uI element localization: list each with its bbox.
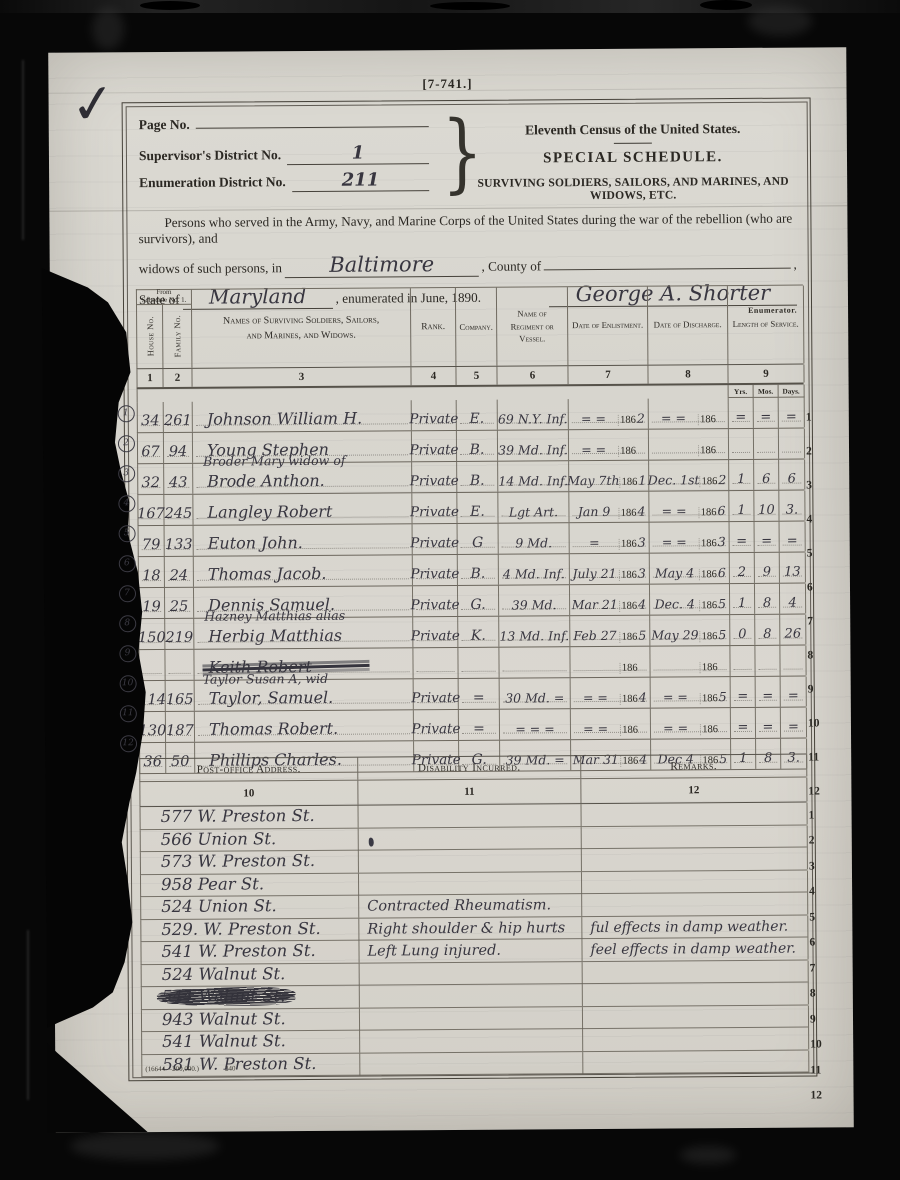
printed-year: 186 (618, 415, 637, 426)
enlistment-handwriting: = = (569, 411, 618, 426)
enlistment-cell: May 7th1861 (569, 461, 649, 492)
discharge-handwriting: May 29 (650, 627, 699, 642)
address-cell: 566 Union St. (141, 828, 359, 852)
family-no-cell (165, 650, 194, 680)
right-row-number: 2 (809, 834, 815, 846)
discharge-cell: May 41866 (650, 553, 730, 584)
col-header-enlistment: Date of Enlistment. (568, 287, 649, 366)
schedule-subtitle: SURVIVING SOLDIERS, SAILORS, AND MARINES… (468, 175, 798, 203)
months-cell: 6 (754, 460, 779, 490)
discharge-handwriting: = = (651, 720, 700, 735)
address-text: 541 Walnut St. (162, 1031, 286, 1051)
right-row-number-slot: 4 (809, 876, 829, 902)
discharge-cell: 186 (649, 429, 729, 460)
disability-cell: Right shoulder & hip hurts (359, 917, 582, 941)
printed-year: 186 (618, 446, 637, 457)
col-num-4: 4 (411, 367, 456, 385)
right-row-number: 11 (808, 751, 819, 763)
address-text: 566 Union St. (161, 829, 277, 849)
right-row-number: 3 (809, 860, 815, 872)
right-row-number: 4 (806, 513, 812, 525)
company-cell: B. (457, 431, 498, 461)
right-row-number: 5 (807, 547, 813, 559)
address-text: 943 Walnut St. (162, 1009, 286, 1029)
address-cell: 524 Walnut St. (142, 963, 360, 987)
name-cell: Keith RobertTaylor Susan A, wid (194, 648, 413, 680)
address-cell: 573 W. Preston St. (141, 851, 359, 875)
days-cell: 4 (780, 584, 806, 614)
printed-year: 186 (620, 725, 639, 736)
discharge-handwriting: = = (649, 503, 698, 518)
disability-text: Right shoulder & hip hurts (367, 920, 565, 937)
company-cell: B. (457, 462, 498, 492)
right-row-number-slot: 10 (808, 699, 828, 733)
regiment-cell: 4 Md. Inf. (499, 554, 570, 584)
enumeration-district-label: Enumeration District No. (139, 174, 286, 191)
film-blotch (140, 1, 200, 10)
col-num-8: 8 (648, 365, 728, 384)
days-cell (780, 646, 806, 676)
months-cell: = (754, 398, 779, 428)
right-row-number-slot: 12 (810, 1080, 830, 1106)
regiment-cell (499, 647, 570, 677)
company-cell: = (459, 710, 500, 740)
company-cell: G (458, 524, 499, 554)
family-no-cell: 245 (164, 495, 193, 525)
remarks-text: feel effects in damp weather. (590, 941, 795, 958)
years-cell: 1 (730, 584, 755, 614)
years-cell: 1 (729, 491, 754, 521)
discharge-year-digit: 6 (718, 565, 727, 580)
regiment-cell: 13 Md. Inf. (499, 616, 570, 646)
left-row-number-slot: 1 (117, 398, 135, 428)
family-no-cell: 165 (166, 681, 195, 711)
address-table-body: 577 W. Preston St.566 Union St.573 W. Pr… (140, 803, 809, 1078)
right-row-number: 10 (808, 717, 820, 729)
right-row-number: 4 (809, 885, 815, 897)
discharge-year-digit: 2 (718, 472, 726, 487)
table-row: 79133Euton John.PrivateG9 Md.=1863= =186… (138, 522, 805, 558)
regiment-cell: Lgt Art. (498, 492, 569, 522)
form-number: [7-741.] (48, 73, 846, 95)
address-text: 544 Walnut St. (162, 986, 286, 1006)
left-row-number: 1 (117, 405, 134, 422)
disability-cell (359, 872, 582, 896)
left-row-number-slot: 7 (118, 578, 136, 608)
name-cell: Langley Robert (193, 493, 412, 525)
regiment-cell: 9 Md. (499, 523, 570, 553)
enlistment-handwriting: July 21 (570, 566, 619, 581)
schedule-titles: Eleventh Census of the United States. SP… (468, 121, 799, 203)
right-row-number-slot: 8 (807, 631, 827, 665)
days-cell: 13 (780, 553, 806, 583)
right-row-number-slot: 12 (808, 767, 828, 801)
col-header-disability: Disability Incurred. (358, 756, 581, 780)
col-num-12: 12 (581, 778, 807, 804)
discharge-cell: Dec. 1st1862 (649, 460, 729, 491)
right-row-number-slot: 4 (806, 495, 826, 529)
name-above: Broder Mary widow of (203, 453, 345, 469)
right-row-number: 6 (809, 936, 815, 948)
remarks-cell: feel effects in damp weather. (582, 938, 808, 962)
printed-year: 186 (700, 693, 719, 704)
left-row-number-slot: 3 (117, 458, 135, 488)
years-cell: = (731, 677, 756, 707)
address-cell: 541 W. Preston St. (141, 941, 359, 965)
name-text: Thomas Robert. (209, 719, 338, 739)
scanned-census-photo: ✓ [7-741.] Page No. Supervisor's Distric… (0, 0, 900, 1180)
remarks-cell (582, 825, 808, 849)
left-row-number-slot: 11 (119, 698, 137, 728)
years-cell: 1 (729, 460, 754, 490)
left-row-number: 10 (119, 675, 136, 692)
enlistment-year-digit: 1 (638, 473, 646, 488)
discharge-cell: = =1863 (650, 522, 730, 553)
regiment-cell: 30 Md. = (500, 678, 571, 708)
printed-year: 186 (620, 632, 639, 643)
film-smudge (70, 1132, 220, 1160)
address-table: Post-office Address. Disability Incurred… (139, 754, 808, 1078)
table-row: 150219Hazney Matthias aliasHerbig Matthi… (138, 615, 805, 651)
left-row-number-slot: 12 (119, 728, 137, 758)
months-cell: = (756, 708, 781, 738)
right-row-number-slot: 7 (810, 952, 830, 978)
left-row-number: 4 (118, 495, 135, 512)
rank-cell: Private (412, 493, 457, 523)
disability-cell (360, 962, 583, 986)
county-label: , County of (481, 258, 541, 274)
discharge-handwriting: = = (651, 689, 700, 704)
enumeration-district-field: 211 (292, 169, 430, 192)
subheader-yrs: Yrs. (729, 385, 754, 398)
enlistment-cell: = =186 (571, 709, 651, 740)
service-table-header: From Schedule No. 1. House No. Family No… (136, 285, 804, 370)
discharge-cell: 186 (650, 646, 730, 677)
col-num-2: 2 (163, 369, 192, 387)
family-no-cell: 133 (165, 526, 194, 556)
col-header-rank: Rank. (411, 288, 457, 366)
right-row-number: 11 (810, 1064, 821, 1076)
printed-year: 186 (698, 445, 717, 456)
film-smudge (748, 6, 812, 36)
address-text: 524 Union St. (161, 896, 277, 916)
right-row-number-slot: 11 (810, 1054, 830, 1080)
col-num-3: 3 (192, 367, 411, 387)
enlistment-cell: = =1864 (571, 678, 651, 709)
city-field: Baltimore (285, 252, 479, 278)
address-text: 958 Pear St. (161, 874, 264, 894)
printed-year: 186 (700, 724, 719, 735)
right-row-numbers: 123456789101112 (806, 393, 829, 801)
printed-year: 186 (620, 477, 639, 488)
printed-year: 186 (700, 631, 719, 642)
discharge-cell: = =186 (649, 398, 729, 429)
film-blotch (700, 0, 752, 10)
name-cell: Thomas Robert. (195, 710, 414, 742)
right-row-number-slot: 5 (807, 529, 827, 563)
rank-cell (413, 648, 458, 678)
remarks-cell (583, 1050, 809, 1074)
rank-cell: Private (413, 524, 458, 554)
printed-year: 186 (700, 476, 719, 487)
right-row-number: 1 (809, 809, 815, 821)
col-header-names: Names of Surviving Soldiers, Sailors, an… (192, 288, 412, 368)
supervisor-district-field: 1 (287, 142, 429, 165)
right-row-number-slot: 10 (810, 1029, 830, 1055)
disability-cell (360, 984, 583, 1008)
film-smudge (92, 8, 124, 50)
table-row: 1824Thomas Jacob.PrivateB.4 Md. Inf.July… (138, 553, 805, 589)
left-row-number: 8 (119, 615, 136, 632)
col-header-length: Length of Service. (728, 286, 805, 365)
years-cell: = (731, 708, 756, 738)
discharge-handwriting: = = (650, 534, 699, 549)
regiment-cell: 14 Md. Inf. (498, 461, 569, 491)
col-num-7: 7 (568, 366, 648, 385)
film-blotch (430, 2, 510, 10)
enlistment-handwriting: = = (571, 721, 620, 736)
rank-cell: Private (414, 679, 459, 709)
address-cell: 524 Union St. (141, 896, 359, 920)
printed-year: 186 (699, 600, 718, 611)
discharge-cell: = =1865 (651, 677, 731, 708)
right-row-number-slot: 6 (809, 927, 829, 953)
right-row-number: 5 (809, 911, 815, 923)
remarks-cell (581, 803, 807, 827)
remarks-cell (583, 983, 809, 1007)
rank-cell: Private (412, 462, 457, 492)
remarks-cell (583, 1028, 809, 1052)
name-text: Taylor, Samuel. (209, 688, 334, 708)
days-cell: 6 (779, 460, 805, 490)
discharge-year-digit: 5 (719, 689, 728, 704)
address-cell: 544 Walnut St. (142, 986, 360, 1010)
printed-year: 186 (698, 414, 717, 425)
address-cell: 541 Walnut St. (142, 1031, 360, 1055)
right-row-number: 12 (808, 785, 820, 797)
months-cell: = (756, 677, 781, 707)
family-no-cell: 187 (166, 712, 195, 742)
census-form-page: ✓ [7-741.] Page No. Supervisor's Distric… (48, 47, 854, 1133)
printed-year: 186 (619, 570, 638, 581)
right-row-number-slot: 5 (809, 901, 829, 927)
company-cell: E. (457, 493, 498, 523)
service-table: From Schedule No. 1. House No. Family No… (136, 285, 806, 775)
name-text: Johnson William H. (207, 409, 362, 429)
discharge-cell: Dec. 41865 (650, 584, 730, 615)
table-row: Keith RobertTaylor Susan A, wid186186 (138, 646, 805, 682)
left-row-number-slot: 5 (117, 518, 135, 548)
schedule-title: SPECIAL SCHEDULE. (468, 149, 798, 168)
family-no-cell: 261 (164, 402, 193, 432)
family-no-cell: 219 (165, 619, 194, 649)
district-fields: Page No. Supervisor's District No. 1 Enu… (139, 115, 432, 198)
discharge-cell: = =186 (651, 708, 731, 739)
name-text: Euton John. (208, 533, 303, 553)
disability-cell: Contracted Rheumatism. (359, 894, 582, 918)
name-above: Hazney Matthias alias (204, 608, 345, 624)
address-text: 577 W. Preston St. (161, 806, 315, 826)
table-row: 34261Johnson William H.PrivateE.69 N.Y. … (137, 398, 804, 434)
address-cell: 958 Pear St. (141, 873, 359, 897)
subheader-mos: Mos. (754, 385, 779, 398)
left-row-number-slot: 10 (119, 668, 137, 698)
census-title: Eleventh Census of the United States. (468, 121, 798, 139)
years-cell: 2 (730, 553, 755, 583)
enlistment-handwriting: May 7th (567, 473, 619, 488)
col-header-family-no: Family No. (163, 305, 192, 368)
printed-year: 186 (619, 539, 638, 550)
company-cell: B. (458, 555, 499, 585)
family-no-cell: 94 (164, 433, 193, 463)
remarks-cell (583, 1005, 809, 1029)
enlistment-handwriting: Jan 9 (569, 504, 618, 519)
months-cell (754, 429, 779, 459)
table-row: 130187Thomas Robert.Private== = == =186=… (139, 708, 806, 744)
right-row-number: 6 (807, 581, 813, 593)
enlistment-handwriting: Feb 27 (570, 628, 619, 643)
remarks-cell (583, 960, 809, 984)
days-cell: 3. (779, 491, 805, 521)
days-cell: 26 (780, 615, 806, 645)
company-cell: G. (458, 586, 499, 616)
table-row: 167245Langley RobertPrivateE.Lgt Art.Jan… (137, 491, 804, 527)
address-cell: 529. W. Preston St. (141, 918, 359, 942)
county-field (544, 268, 790, 271)
disability-cell (359, 804, 582, 828)
enlistment-year-digit: 5 (638, 628, 647, 643)
right-row-number: 12 (810, 1089, 822, 1101)
film-smudge (680, 1146, 736, 1164)
days-cell: = (781, 708, 807, 738)
left-row-number-slot: 2 (117, 428, 135, 458)
right-row-number-slot: 1 (806, 393, 826, 427)
address-text: 524 Walnut St. (162, 964, 286, 984)
rank-cell: Private (413, 617, 458, 647)
right-row-number-slot: 3 (809, 850, 829, 876)
name-text: Langley Robert (207, 502, 332, 522)
right-row-number-slot: 9 (810, 1003, 830, 1029)
right-row-number-slot: 8 (810, 978, 830, 1004)
remarks-cell (582, 870, 808, 894)
remarks-text: ful effects in damp weather. (590, 918, 788, 935)
enlistment-cell: =1863 (570, 523, 650, 554)
enlistment-cell: Jan 91864 (569, 492, 649, 523)
right-row-number: 8 (810, 987, 816, 999)
regiment-cell: 39 Md. Inf. (498, 430, 569, 460)
printed-year: 186 (619, 601, 638, 612)
enlistment-handwriting: = = (569, 442, 618, 457)
right-row-number: 2 (806, 445, 812, 457)
address-text: 529. W. Preston St. (161, 918, 321, 938)
col-header-remarks: Remarks. (581, 755, 807, 779)
page-no-field (196, 126, 429, 129)
left-row-number: 3 (118, 465, 135, 482)
regiment-cell: 39 Md. (499, 585, 570, 615)
years-cell (729, 429, 754, 459)
company-cell: E. (457, 400, 498, 430)
company-cell: K. (458, 617, 499, 647)
film-scratch (27, 930, 29, 1100)
printed-year: 186 (699, 538, 718, 549)
remarks-cell: ful effects in damp weather. (582, 915, 808, 939)
discharge-handwriting: May 4 (650, 565, 699, 580)
left-row-number: 7 (118, 585, 135, 602)
right-row-number: 9 (808, 683, 814, 695)
right-row-number-slot: 2 (809, 825, 829, 851)
rank-cell: Private (413, 555, 458, 585)
right-row-number-slot: 11 (808, 733, 828, 767)
print-codes: (16644—200,000.)240 (145, 1064, 261, 1073)
left-row-number: 5 (118, 525, 135, 542)
col-header-discharge: Date of Discharge. (648, 286, 729, 365)
name-text: Herbig Matthias (208, 626, 342, 646)
right-row-number-slot: 2 (806, 427, 826, 461)
col-header-post-office: Post-office Address. (140, 758, 358, 782)
left-row-number: 9 (119, 645, 136, 662)
left-row-number: 6 (118, 555, 135, 572)
days-cell: = (780, 522, 806, 552)
col-num-6: 6 (497, 366, 568, 384)
right-row-number: 3 (806, 479, 812, 491)
address-text: 573 W. Preston St. (161, 851, 315, 871)
right-row-number: 10 (810, 1038, 822, 1050)
printed-year: 186 (700, 662, 719, 673)
family-no-cell: 43 (164, 464, 193, 494)
preamble-line2-prefix: widows of such persons, in (139, 260, 282, 277)
right-row-number-slot: 3 (806, 461, 826, 495)
enlistment-handwriting: = (570, 535, 619, 550)
discharge-handwriting: Dec. 4 (650, 596, 699, 611)
right-row-number: 1 (806, 411, 812, 423)
disability-cell: Left Lung injured. (359, 939, 582, 963)
years-cell (730, 646, 755, 676)
col-header-regiment: Name of Regiment or Vessel. (497, 287, 569, 365)
address-cell: 943 Walnut St. (142, 1008, 360, 1032)
disability-cell (359, 849, 582, 873)
enlistment-year-digit: 3 (638, 566, 647, 581)
printed-year: 186 (620, 694, 639, 705)
right-row-number: 7 (807, 615, 813, 627)
address-table-header: Post-office Address. Disability Incurred… (139, 754, 806, 782)
disability-text: Left Lung injured. (367, 943, 501, 960)
years-cell: = (729, 398, 754, 428)
enlistment-cell: = =1862 (569, 399, 649, 430)
disability-cell (360, 1052, 583, 1076)
rank-cell: Private (412, 400, 457, 430)
disability-cell (360, 1007, 583, 1031)
enlistment-year-digit: 4 (638, 597, 647, 612)
printed-year: 186 (620, 663, 639, 674)
discharge-year-digit: 6 (717, 503, 726, 518)
enlistment-cell: Feb 271865 (570, 616, 650, 647)
table-row: 3243Broder Mary widow ofBrode Anthon.Pri… (137, 460, 804, 496)
left-row-number: 11 (119, 705, 136, 722)
right-row-number-slot: 1 (808, 799, 828, 825)
enlistment-year-digit: 4 (639, 690, 648, 705)
left-row-number-slot: 4 (117, 488, 135, 518)
enlistment-handwriting: = = (571, 690, 620, 705)
enlistment-cell: 186 (570, 647, 650, 678)
discharge-cell: May 291865 (650, 615, 730, 646)
address-text: 541 W. Preston St. (161, 941, 315, 961)
name-text: Thomas Jacob. (208, 564, 327, 584)
rank-cell: Private (413, 586, 458, 616)
months-cell: 8 (755, 584, 780, 614)
disability-cell (360, 1029, 583, 1053)
col-num-9: 9 (728, 365, 804, 384)
enlistment-year-digit: 3 (638, 535, 647, 550)
